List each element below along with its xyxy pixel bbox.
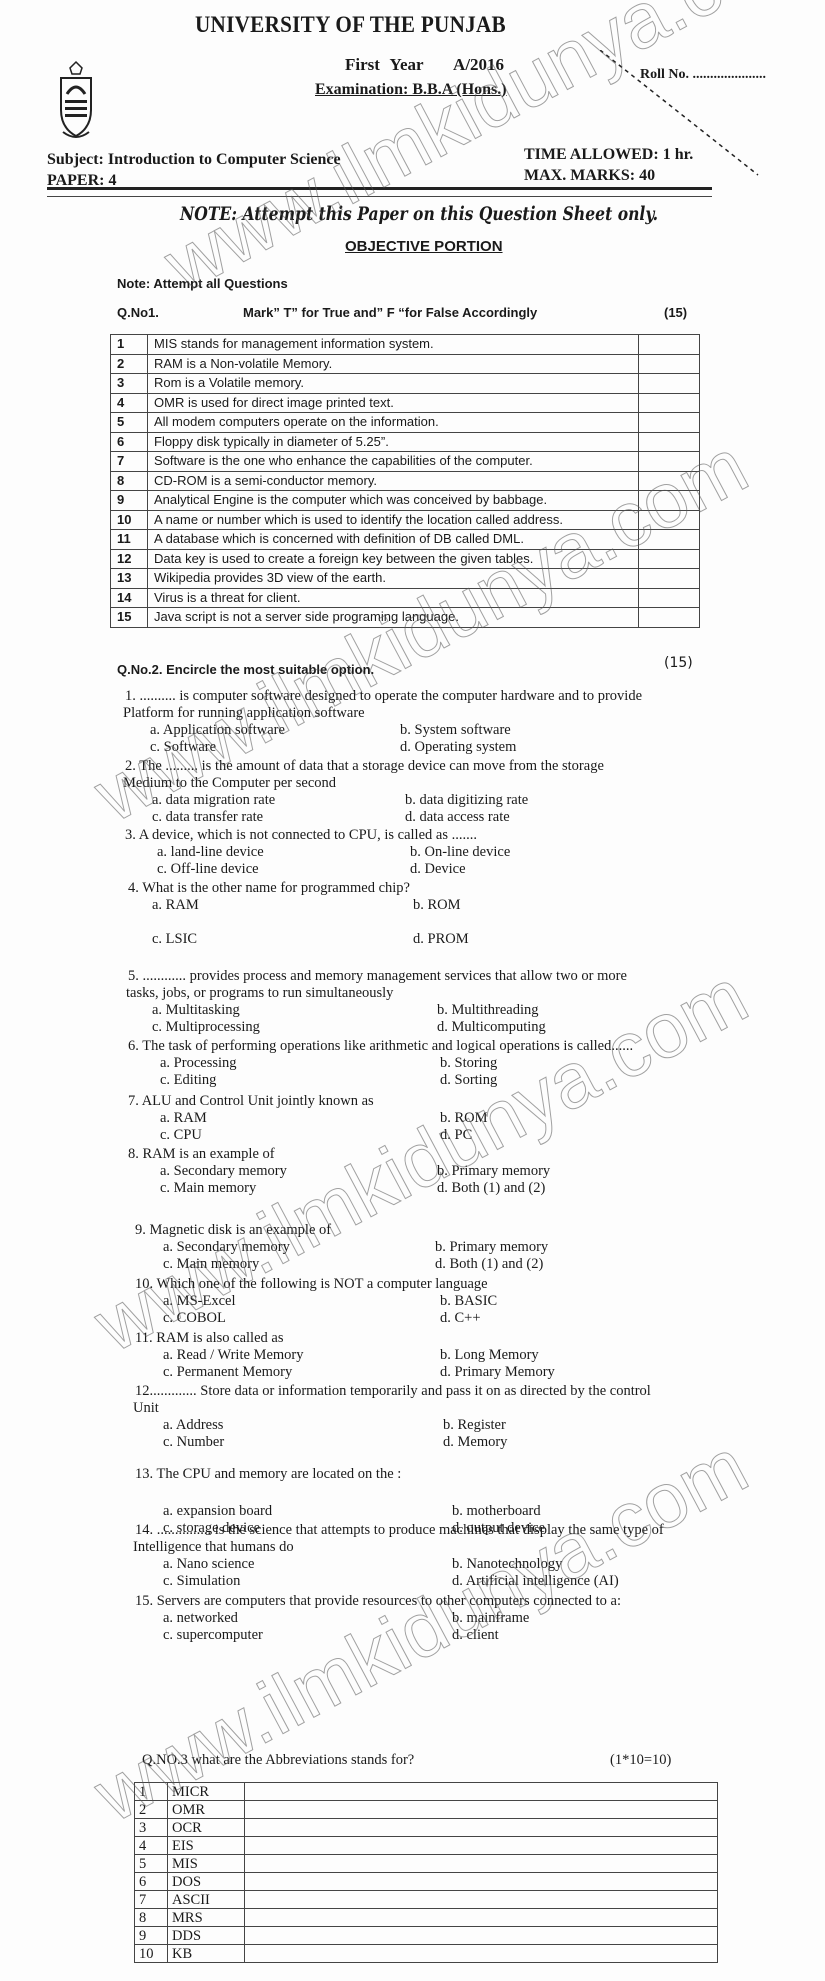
tf-answer-cell[interactable]: [639, 354, 700, 374]
tf-answer-cell[interactable]: [639, 569, 700, 589]
mcq-option-b[interactable]: b. On-line device: [410, 844, 510, 861]
tf-answer-cell[interactable]: [639, 471, 700, 491]
abbr-number: 7: [135, 1891, 168, 1909]
tf-statement: CD-ROM is a semi-conductor memory.: [148, 471, 639, 491]
mcq-option-c[interactable]: c. supercomputer: [163, 1627, 263, 1644]
mcq-option-d[interactable]: d. Both (1) and (2): [435, 1256, 543, 1273]
mcq-stem: Unit: [133, 1400, 159, 1417]
tf-row: 6Floppy disk typically in diameter of 5.…: [111, 432, 700, 452]
mcq-option-c[interactable]: c. data transfer rate: [152, 809, 263, 826]
tf-row: 8CD-ROM is a semi-conductor memory.: [111, 471, 700, 491]
abbr-row: 10KB: [135, 1945, 718, 1963]
tf-number: 6: [111, 432, 148, 452]
q3-marks: (1*10=10): [610, 1752, 671, 1769]
tf-row: 7Software is the one who enhance the cap…: [111, 452, 700, 472]
mcq-stem: 1. .......... is computer software desig…: [125, 688, 642, 705]
mcq-option-d[interactable]: d. Device: [410, 861, 466, 878]
abbr-answer-cell[interactable]: [245, 1837, 718, 1855]
tf-number: 5: [111, 413, 148, 433]
mcq-stem: 15. Servers are computers that provide r…: [135, 1593, 621, 1610]
tf-answer-cell[interactable]: [639, 510, 700, 530]
time-allowed: TIME ALLOWED: 1 hr.: [524, 146, 693, 164]
abbr-row: 8MRS: [135, 1909, 718, 1927]
tf-statement: A database which is concerned with defin…: [148, 530, 639, 550]
exam-year: First Year A/2016: [345, 55, 504, 75]
mcq-option-b[interactable]: b. ROM: [440, 1110, 488, 1127]
tf-row: 12Data key is used to create a foreign k…: [111, 549, 700, 569]
mcq-option-a[interactable]: a. Secondary memory: [163, 1239, 290, 1256]
abbr-answer-cell[interactable]: [245, 1891, 718, 1909]
tf-number: 4: [111, 393, 148, 413]
tf-statement: All modem computers operate on the infor…: [148, 413, 639, 433]
abbreviations-table: 1MICR2OMR3OCR4EIS5MIS6DOS7ASCII8MRS9DDS1…: [134, 1782, 718, 1963]
mcq-stem: 14. ............... is the science that …: [135, 1522, 664, 1539]
tf-answer-cell[interactable]: [639, 549, 700, 569]
abbr-answer-cell[interactable]: [245, 1783, 718, 1801]
tf-number: 3: [111, 374, 148, 394]
tf-statement: OMR is used for direct image printed tex…: [148, 393, 639, 413]
tf-number: 9: [111, 491, 148, 511]
tf-statement: MIS stands for management information sy…: [148, 335, 639, 355]
mcq-option-b[interactable]: b. Nanotechnology: [452, 1556, 562, 1573]
abbr-row: 7ASCII: [135, 1891, 718, 1909]
mcq-option-b[interactable]: b. Register: [443, 1417, 506, 1434]
q1-label: Q.No1.: [117, 305, 159, 320]
tf-row: 3Rom is a Volatile memory.: [111, 374, 700, 394]
mcq-stem: Medium to the Computer per second: [123, 775, 336, 792]
mcq-option-b[interactable]: b. mainframe: [452, 1610, 529, 1627]
q1-marks: (15): [664, 305, 687, 320]
tf-row: 15Java script is not a server side progr…: [111, 608, 700, 628]
mcq-option-a[interactable]: a. Nano science: [163, 1556, 254, 1573]
mcq-stem: tasks, jobs, or programs to run simultan…: [126, 985, 393, 1002]
examination-name: Examination: B.B.A (Hons.): [315, 81, 507, 99]
abbr-term: MRS: [168, 1909, 245, 1927]
mcq-option-b[interactable]: b. ROM: [413, 897, 461, 914]
tf-row: 4OMR is used for direct image printed te…: [111, 393, 700, 413]
q2-title: Q.No.2. Encircle the most suitable optio…: [117, 662, 374, 677]
abbr-number: 2: [135, 1801, 168, 1819]
university-title: UNIVERSITY OF THE PUNJAB: [195, 12, 506, 38]
mcq-option-b[interactable]: b. Primary memory: [437, 1163, 550, 1180]
abbr-term: OCR: [168, 1819, 245, 1837]
header-divider: [47, 187, 712, 197]
abbr-number: 10: [135, 1945, 168, 1963]
section-title: OBJECTIVE PORTION: [345, 238, 503, 255]
tf-statement: Floppy disk typically in diameter of 5.2…: [148, 432, 639, 452]
tf-answer-cell[interactable]: [639, 608, 700, 628]
tf-number: 1: [111, 335, 148, 355]
tf-statement: A name or number which is used to identi…: [148, 510, 639, 530]
tf-answer-cell[interactable]: [639, 588, 700, 608]
abbr-answer-cell[interactable]: [245, 1801, 718, 1819]
abbr-row: 9DDS: [135, 1927, 718, 1945]
mcq-option-b[interactable]: b. BASIC: [440, 1293, 497, 1310]
mcq-option-d[interactable]: d. Sorting: [440, 1072, 497, 1089]
tf-answer-cell[interactable]: [639, 374, 700, 394]
mcq-option-b[interactable]: b. motherboard: [452, 1503, 541, 1520]
mcq-stem: 11. RAM is also called as: [135, 1330, 283, 1347]
mcq-option-c[interactable]: c. Main memory: [163, 1256, 259, 1273]
mcq-option-a[interactable]: a. Address: [163, 1417, 223, 1434]
tf-number: 14: [111, 588, 148, 608]
mcq-option-c[interactable]: c. COBOL: [163, 1310, 226, 1327]
mcq-option-a[interactable]: a. Processing: [160, 1055, 237, 1072]
tf-answer-cell[interactable]: [639, 413, 700, 433]
tf-number: 11: [111, 530, 148, 550]
instruction: Note: Attempt all Questions: [117, 276, 288, 291]
mcq-option-b[interactable]: b. Storing: [440, 1055, 497, 1072]
mcq-option-d[interactable]: d. C++: [440, 1310, 481, 1327]
tf-row: 11A database which is concerned with def…: [111, 530, 700, 550]
university-crest-icon: [58, 60, 94, 144]
mcq-option-a[interactable]: a. RAM: [160, 1110, 207, 1127]
tf-row: 1MIS stands for management information s…: [111, 335, 700, 355]
abbr-row: 4EIS: [135, 1837, 718, 1855]
tf-statement: Wikipedia provides 3D view of the earth.: [148, 569, 639, 589]
tf-answer-cell[interactable]: [639, 452, 700, 472]
tf-statement: Rom is a Volatile memory.: [148, 374, 639, 394]
abbr-answer-cell[interactable]: [245, 1945, 718, 1963]
mcq-option-a[interactable]: a. data migration rate: [152, 792, 275, 809]
mcq-option-d[interactable]: d. Artificial intelligence (AI): [452, 1573, 619, 1590]
mcq-option-b[interactable]: b. System software: [400, 722, 511, 739]
mcq-stem: 2. The ......... is the amount of data t…: [125, 758, 604, 775]
mcq-option-a[interactable]: a. expansion board: [163, 1503, 272, 1520]
abbr-number: 6: [135, 1873, 168, 1891]
tf-statement: Analytical Engine is the computer which …: [148, 491, 639, 511]
mcq-option-a[interactable]: a. RAM: [152, 897, 199, 914]
abbr-term: EIS: [168, 1837, 245, 1855]
tf-statement: RAM is a Non-volatile Memory.: [148, 354, 639, 374]
tf-answer-cell[interactable]: [639, 530, 700, 550]
tf-number: 2: [111, 354, 148, 374]
abbr-number: 1: [135, 1783, 168, 1801]
q2-marks: (15): [664, 655, 693, 671]
abbr-answer-cell[interactable]: [245, 1873, 718, 1891]
tf-row: 9Analytical Engine is the computer which…: [111, 491, 700, 511]
abbr-answer-cell[interactable]: [245, 1909, 718, 1927]
mcq-option-c[interactable]: c. Number: [163, 1434, 224, 1451]
mcq-option-a[interactable]: a. Application software: [150, 722, 285, 739]
max-marks: MAX. MARKS: 40: [524, 167, 655, 185]
tf-row: 14Virus is a threat for client.: [111, 588, 700, 608]
mcq-stem: 6. The task of performing operations lik…: [128, 1038, 633, 1055]
mcq-option-c[interactable]: c. Multiprocessing: [152, 1019, 260, 1036]
mcq-option-d[interactable]: d. Both (1) and (2): [437, 1180, 545, 1197]
abbr-row: 3OCR: [135, 1819, 718, 1837]
q3-title: Q.NO.3 what are the Abbreviations stands…: [142, 1752, 414, 1769]
mcq-option-d[interactable]: d. Memory: [443, 1434, 507, 1451]
tf-answer-cell[interactable]: [639, 432, 700, 452]
mcq-option-c[interactable]: c. Software: [150, 739, 216, 756]
mcq-option-d[interactable]: d. PROM: [413, 931, 469, 948]
abbr-row: 5MIS: [135, 1855, 718, 1873]
tf-statement: Data key is used to create a foreign key…: [148, 549, 639, 569]
mcq-option-d[interactable]: d. Operating system: [400, 739, 516, 756]
abbr-term: DDS: [168, 1927, 245, 1945]
mcq-option-a[interactable]: a. Multitasking: [152, 1002, 240, 1019]
mcq-option-c[interactable]: c. Off-line device: [157, 861, 259, 878]
tf-answer-cell[interactable]: [639, 393, 700, 413]
mcq-option-d[interactable]: d. Multicomputing: [437, 1019, 546, 1036]
abbr-term: DOS: [168, 1873, 245, 1891]
abbr-answer-cell[interactable]: [245, 1819, 718, 1837]
abbr-row: 1MICR: [135, 1783, 718, 1801]
abbr-number: 3: [135, 1819, 168, 1837]
tf-row: 2RAM is a Non-volatile Memory.: [111, 354, 700, 374]
mcq-option-b[interactable]: b. Long Memory: [440, 1347, 539, 1364]
mcq-option-c[interactable]: c. LSIC: [152, 931, 197, 948]
mcq-stem: 4. What is the other name for programmed…: [128, 880, 410, 897]
mcq-stem: 3. A device, which is not connected to C…: [125, 827, 477, 844]
mcq-stem: 5. ............ provides process and mem…: [128, 968, 627, 985]
mcq-option-c[interactable]: c. Simulation: [163, 1573, 240, 1590]
tf-answer-cell[interactable]: [639, 335, 700, 355]
mcq-stem: 9. Magnetic disk is an example of: [135, 1222, 331, 1239]
abbr-term: ASCII: [168, 1891, 245, 1909]
mcq-stem: 8. RAM is an example of: [128, 1146, 275, 1163]
mcq-option-c[interactable]: c. Editing: [160, 1072, 216, 1089]
abbr-row: 6DOS: [135, 1873, 718, 1891]
abbr-term: MIS: [168, 1855, 245, 1873]
mcq-option-d[interactable]: d. Primary Memory: [440, 1364, 555, 1381]
abbr-term: MICR: [168, 1783, 245, 1801]
mcq-option-a[interactable]: a. land-line device: [157, 844, 264, 861]
mcq-stem: 7. ALU and Control Unit jointly known as: [128, 1093, 374, 1110]
abbr-row: 2OMR: [135, 1801, 718, 1819]
subject: Subject: Introduction to Computer Scienc…: [47, 151, 341, 169]
abbr-term: OMR: [168, 1801, 245, 1819]
abbr-number: 8: [135, 1909, 168, 1927]
mcq-stem: Intelligence that humans do: [133, 1539, 294, 1556]
mcq-option-a[interactable]: a. MS-Excel: [163, 1293, 235, 1310]
tf-row: 13Wikipedia provides 3D view of the eart…: [111, 569, 700, 589]
mcq-option-a[interactable]: a. Secondary memory: [160, 1163, 287, 1180]
tf-number: 12: [111, 549, 148, 569]
sheet-note: NOTE: Attempt this Paper on this Questio…: [180, 203, 658, 225]
mcq-option-c[interactable]: c. Main memory: [160, 1180, 256, 1197]
mcq-option-d[interactable]: d. data access rate: [405, 809, 510, 826]
abbr-term: KB: [168, 1945, 245, 1963]
tf-number: 15: [111, 608, 148, 628]
mcq-option-a[interactable]: a. Read / Write Memory: [163, 1347, 303, 1364]
tf-number: 8: [111, 471, 148, 491]
tf-row: 5All modem computers operate on the info…: [111, 413, 700, 433]
tf-statement: Software is the one who enhance the capa…: [148, 452, 639, 472]
mcq-option-b[interactable]: b. Primary memory: [435, 1239, 548, 1256]
mcq-option-d[interactable]: d. client: [452, 1627, 499, 1644]
tf-statement: Virus is a threat for client.: [148, 588, 639, 608]
tf-number: 7: [111, 452, 148, 472]
tf-statement: Java script is not a server side program…: [148, 608, 639, 628]
tf-number: 13: [111, 569, 148, 589]
mcq-stem: 12............. Store data or informatio…: [135, 1383, 651, 1400]
mcq-stem: Platform for running application softwar…: [123, 705, 365, 722]
abbr-answer-cell[interactable]: [245, 1927, 718, 1945]
mcq-option-c[interactable]: c. Permanent Memory: [163, 1364, 292, 1381]
mcq-option-a[interactable]: a. networked: [163, 1610, 238, 1627]
tf-number: 10: [111, 510, 148, 530]
abbr-answer-cell[interactable]: [245, 1855, 718, 1873]
tf-answer-cell[interactable]: [639, 491, 700, 511]
abbr-number: 4: [135, 1837, 168, 1855]
abbr-number: 5: [135, 1855, 168, 1873]
tf-row: 10A name or number which is used to iden…: [111, 510, 700, 530]
true-false-table: 1MIS stands for management information s…: [110, 334, 700, 628]
abbr-number: 9: [135, 1927, 168, 1945]
mcq-stem: 10. Which one of the following is NOT a …: [135, 1276, 488, 1293]
mcq-option-d[interactable]: d. PC: [440, 1127, 472, 1144]
mcq-option-c[interactable]: c. CPU: [160, 1127, 202, 1144]
mcq-option-b[interactable]: b. data digitizing rate: [405, 792, 528, 809]
q1-title: Mark” T” for True and” F “for False Acco…: [243, 305, 537, 320]
mcq-option-b[interactable]: b. Multithreading: [437, 1002, 539, 1019]
mcq-stem: 13. The CPU and memory are located on th…: [135, 1466, 401, 1483]
